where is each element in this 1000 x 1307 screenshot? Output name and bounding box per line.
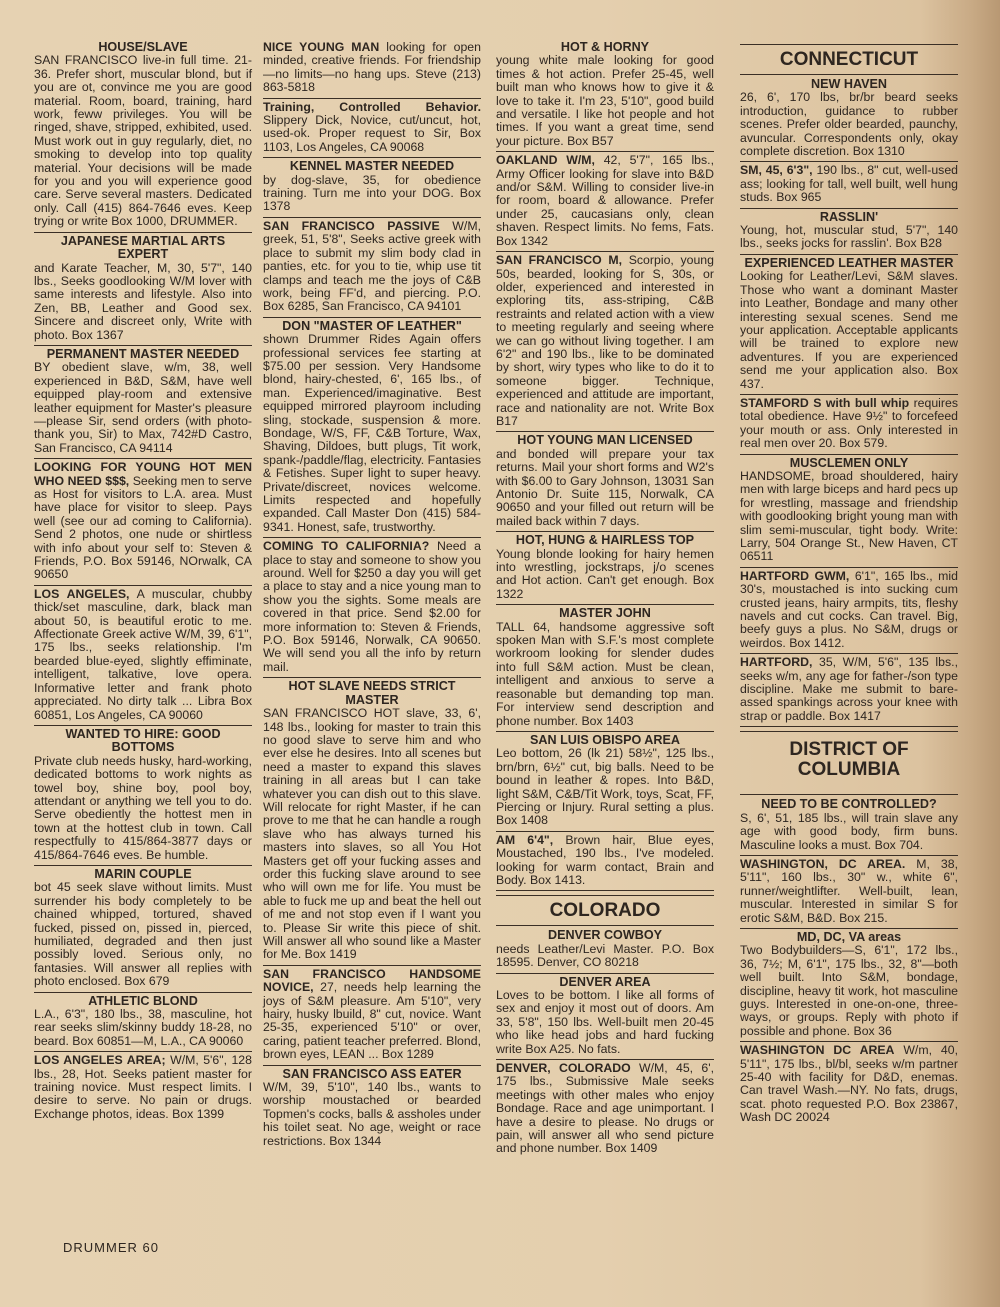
ad-title: ATHLETIC BLOND: [34, 995, 252, 1008]
classified-ad: RASSLIN'Young, hot, muscular stud, 5'7",…: [740, 210, 958, 255]
classified-ad: AM 6'4", Brown hair, Blue eyes, Moustach…: [496, 833, 714, 892]
ad-title: SAN LUIS OBISPO AREA: [496, 734, 714, 747]
ad-text: SAN FRANCISCO live-in full time. 21-36. …: [34, 53, 252, 228]
classified-ad: DENVER, COLORADO W/M, 45, 6', 175 lbs., …: [496, 1061, 714, 1159]
ad-lead: AM 6'4",: [496, 833, 553, 847]
ad-body: Need a place to stay and someone to show…: [263, 539, 481, 674]
ad-text: SAN FRANCISCO HOT slave, 33, 6', 148 lbs…: [263, 706, 481, 961]
ad-body: SAN FRANCISCO live-in full time. 21-36. …: [34, 53, 252, 228]
classified-ad: LOOKING FOR YOUNG HOT MEN WHO NEED $$$, …: [34, 460, 252, 586]
ad-text: NICE YOUNG MAN looking for open minded, …: [263, 40, 481, 94]
ad-lead: HARTFORD GWM,: [740, 569, 849, 583]
column-2: NICE YOUNG MAN looking for open minded, …: [263, 40, 481, 1152]
ad-body: A muscular, chubby thick/set masculine, …: [34, 587, 252, 722]
classified-ad: MARIN COUPLEbot 45 seek slave without li…: [34, 867, 252, 993]
ad-body: Loves to be bottom. I like all forms of …: [496, 988, 714, 1056]
ad-text: SAN FRANCISCO M, Scorpio, young 50s, bea…: [496, 253, 714, 428]
page-footer: DRUMMER 60: [63, 1240, 159, 1255]
ad-title: MD, DC, VA areas: [740, 931, 958, 944]
ad-body: 42, 5'7", 165 lbs., Army Officer looking…: [496, 153, 714, 247]
ad-body: and bonded will prepare your tax returns…: [496, 447, 714, 528]
ad-text: LOS ANGELES AREA; W/M, 5'6", 128 lbs., 2…: [34, 1053, 252, 1121]
magazine-page: HOUSE/SLAVESAN FRANCISCO live-in full ti…: [0, 0, 1000, 1307]
ad-body: by dog-slave, 35, for obedience training…: [263, 173, 481, 214]
classified-ad: SAN FRANCISCO ASS EATERW/M, 39, 5'10", 1…: [263, 1067, 481, 1151]
ad-body: S, 6', 51, 185 lbs., will train slave an…: [740, 811, 958, 852]
ad-title: HOT, HUNG & HAIRLESS TOP: [496, 534, 714, 547]
ad-lead: SM, 45, 6'3",: [740, 163, 813, 177]
ad-text: bot 45 seek slave without limits. Must s…: [34, 880, 252, 988]
ad-text: LOS ANGELES, A muscular, chubby thick/se…: [34, 587, 252, 722]
classified-ad: Training, Controlled Behavior. Slippery …: [263, 100, 481, 159]
ad-lead: LOS ANGELES,: [34, 587, 129, 601]
ad-text: SM, 45, 6'3", 190 lbs., 8" cut, well-use…: [740, 163, 958, 204]
ad-text: LOOKING FOR YOUNG HOT MEN WHO NEED $$$, …: [34, 460, 252, 581]
classified-ad: COMING TO CALIFORNIA? Need a place to st…: [263, 539, 481, 678]
classified-ad: MASTER JOHNTALL 64, handsome aggressive …: [496, 606, 714, 732]
ad-lead: LOS ANGELES AREA;: [34, 1053, 166, 1067]
ad-text: S, 6', 51, 185 lbs., will train slave an…: [740, 811, 958, 852]
ad-lead: WASHINGTON DC AREA: [740, 1043, 894, 1057]
ad-lead: OAKLAND W/M,: [496, 153, 595, 167]
classified-ad: MD, DC, VA areasTwo Bodybuilders—S, 6'1"…: [740, 930, 958, 1042]
ad-body: shown Drummer Rides Again offers profess…: [263, 332, 481, 534]
ad-title: DENVER COWBOY: [496, 929, 714, 942]
ad-title: HOT SLAVE NEEDS STRICT MASTER: [263, 680, 481, 707]
classified-ad: WASHINGTON, DC AREA. M, 38, 5'11", 160 l…: [740, 857, 958, 929]
ad-lead: Training, Controlled Behavior.: [263, 100, 481, 114]
classified-ad: SAN FRANCISCO PASSIVE W/M, greek, 51, 5'…: [263, 219, 481, 318]
ad-body: TALL 64, handsome aggressive soft spoken…: [496, 620, 714, 728]
ad-title: PERMANENT MASTER NEEDED: [34, 348, 252, 361]
classified-ad: HARTFORD GWM, 6'1", 165 lbs., mid 30's, …: [740, 569, 958, 654]
ad-lead: COMING TO CALIFORNIA?: [263, 539, 429, 553]
ad-text: by dog-slave, 35, for obedience training…: [263, 173, 481, 214]
ad-text: 26, 6', 170 lbs, br/br beard seeks intro…: [740, 90, 958, 158]
ad-lead: SAN FRANCISCO M,: [496, 253, 622, 267]
classified-ad: ATHLETIC BLONDL.A., 6'3", 180 lbs., 38, …: [34, 994, 252, 1053]
ad-text: DENVER, COLORADO W/M, 45, 6', 175 lbs., …: [496, 1061, 714, 1155]
classified-ad: KENNEL MASTER NEEDEDby dog-slave, 35, fo…: [263, 159, 481, 218]
classified-ad: HOUSE/SLAVESAN FRANCISCO live-in full ti…: [34, 40, 252, 233]
ad-lead: SAN FRANCISCO PASSIVE: [263, 219, 440, 233]
ad-text: HARTFORD, 35, W/M, 5'6", 135 lbs., seeks…: [740, 655, 958, 723]
ad-text: W/M, 39, 5'10", 140 lbs., wants to worsh…: [263, 1080, 481, 1148]
ad-title: WANTED TO HIRE: GOOD BOTTOMS: [34, 728, 252, 755]
ad-lead: STAMFORD S with bull whip: [740, 396, 909, 410]
classified-ad: HOT & HORNYyoung white male looking for …: [496, 40, 714, 152]
classified-ad: DON "MASTER OF LEATHER"shown Drummer Rid…: [263, 319, 481, 539]
ad-lead: DENVER, COLORADO: [496, 1061, 631, 1075]
ad-text: HANDSOME, broad shouldered, hairy men wi…: [740, 469, 958, 563]
ad-title: HOT & HORNY: [496, 41, 714, 54]
ad-text: Loves to be bottom. I like all forms of …: [496, 988, 714, 1056]
ad-text: Training, Controlled Behavior. Slippery …: [263, 100, 481, 154]
ad-text: L.A., 6'3", 180 lbs., 38, masculine, hot…: [34, 1007, 252, 1048]
ad-title: DENVER AREA: [496, 976, 714, 989]
ad-text: BY obedient slave, w/m, 38, well experie…: [34, 360, 252, 454]
ad-body: needs Leather/Levi Master. P.O. Box 1859…: [496, 942, 714, 969]
classified-ad: NEED TO BE CONTROLLED?S, 6', 51, 185 lbs…: [740, 797, 958, 856]
ad-body: W/M, 39, 5'10", 140 lbs., wants to worsh…: [263, 1080, 481, 1148]
ad-title: HOT YOUNG MAN LICENSED: [496, 434, 714, 447]
classified-ad: HOT, HUNG & HAIRLESS TOPYoung blonde loo…: [496, 533, 714, 605]
classified-ad: SAN LUIS OBISPO AREALeo bottom, 26 (lk 2…: [496, 733, 714, 832]
ad-text: WASHINGTON DC AREA W/m, 40, 5'11", 175 l…: [740, 1043, 958, 1124]
classified-ad: SAN FRANCISCO M, Scorpio, young 50s, bea…: [496, 253, 714, 432]
classified-ad: SAN FRANCISCO HANDSOME NOVICE, 27, needs…: [263, 967, 481, 1066]
ad-title: JAPANESE MARTIAL ARTS EXPERT: [34, 235, 252, 262]
publication-name: DRUMMER: [63, 1240, 138, 1255]
ad-text: AM 6'4", Brown hair, Blue eyes, Moustach…: [496, 833, 714, 887]
ad-body: 26, 6', 170 lbs, br/br beard seeks intro…: [740, 90, 958, 158]
ad-body: W/M, 45, 6', 175 lbs., Submissive Male s…: [496, 1061, 714, 1155]
ad-text: needs Leather/Levi Master. P.O. Box 1859…: [496, 942, 714, 969]
section-heading-connecticut: CONNECTICUT: [740, 44, 958, 75]
classified-ad: WASHINGTON DC AREA W/m, 40, 5'11", 175 l…: [740, 1043, 958, 1127]
ad-lead: NICE YOUNG MAN: [263, 40, 379, 54]
classified-ad: PERMANENT MASTER NEEDEDBY obedient slave…: [34, 347, 252, 459]
classified-ad: DENVER AREALoves to be bottom. I like al…: [496, 975, 714, 1060]
classified-ad: OAKLAND W/M, 42, 5'7", 165 lbs., Army Of…: [496, 153, 714, 252]
ad-title: EXPERIENCED LEATHER MASTER: [740, 257, 958, 270]
classified-ad: MUSCLEMEN ONLYHANDSOME, broad shouldered…: [740, 456, 958, 568]
ad-title: MASTER JOHN: [496, 607, 714, 620]
ad-text: Private club needs husky, hard-working, …: [34, 754, 252, 862]
ad-text: HARTFORD GWM, 6'1", 165 lbs., mid 30's, …: [740, 569, 958, 650]
ad-text: Two Bodybuilders—S, 6'1", 172 lbs., 36, …: [740, 943, 958, 1037]
ad-body: W/M, greek, 51, 5'8", Seeks active greek…: [263, 219, 481, 313]
ad-body: Looking for Leather/Levi, S&M slaves. Th…: [740, 269, 958, 390]
ad-text: and bonded will prepare your tax returns…: [496, 447, 714, 528]
classified-ad: STAMFORD S with bull whip requires total…: [740, 396, 958, 455]
ad-title: SAN FRANCISCO ASS EATER: [263, 1068, 481, 1081]
classified-ad: LOS ANGELES, A muscular, chubby thick/se…: [34, 587, 252, 726]
ad-text: OAKLAND W/M, 42, 5'7", 165 lbs., Army Of…: [496, 153, 714, 247]
classified-ad: NICE YOUNG MAN looking for open minded, …: [263, 40, 481, 99]
page-number: 60: [143, 1240, 159, 1255]
section-heading-colorado: COLORADO: [496, 895, 714, 926]
ad-text: SAN FRANCISCO PASSIVE W/M, greek, 51, 5'…: [263, 219, 481, 313]
ad-text: Leo bottom, 26 (lk 21) 58½", 125 lbs., b…: [496, 746, 714, 827]
ad-text: SAN FRANCISCO HANDSOME NOVICE, 27, needs…: [263, 967, 481, 1061]
classified-ad: HOT YOUNG MAN LICENSEDand bonded will pr…: [496, 433, 714, 532]
ad-title: KENNEL MASTER NEEDED: [263, 160, 481, 173]
classified-ad: DENVER COWBOYneeds Leather/Levi Master. …: [496, 928, 714, 973]
ad-text: Young, hot, muscular stud, 5'7", 140 lbs…: [740, 223, 958, 250]
section-heading-district-of-columbia: DISTRICT OF COLUMBIA: [740, 731, 958, 795]
ad-body: Leo bottom, 26 (lk 21) 58½", 125 lbs., b…: [496, 746, 714, 827]
ad-text: and Karate Teacher, M, 30, 5'7", 140 lbs…: [34, 261, 252, 342]
ad-body: Slippery Dick, Novice, cut/uncut, hot, u…: [263, 113, 481, 154]
column-3: HOT & HORNYyoung white male looking for …: [496, 40, 714, 1160]
column-1: HOUSE/SLAVESAN FRANCISCO live-in full ti…: [34, 40, 252, 1125]
classified-ad: SM, 45, 6'3", 190 lbs., 8" cut, well-use…: [740, 163, 958, 208]
classified-ad: WANTED TO HIRE: GOOD BOTTOMSPrivate club…: [34, 727, 252, 866]
ad-body: SAN FRANCISCO HOT slave, 33, 6', 148 lbs…: [263, 706, 481, 961]
column-4: CONNECTICUTNEW HAVEN26, 6', 170 lbs, br/…: [740, 40, 958, 1129]
ad-lead: WASHINGTON, DC AREA.: [740, 857, 905, 871]
ad-text: young white male looking for good times …: [496, 53, 714, 147]
ad-body: Two Bodybuilders—S, 6'1", 172 lbs., 36, …: [740, 943, 958, 1037]
ad-body: Private club needs husky, hard-working, …: [34, 754, 252, 862]
ad-body: Seeking men to serve as Host for visitor…: [34, 474, 252, 582]
ad-body: bot 45 seek slave without limits. Must s…: [34, 880, 252, 988]
classified-ad: EXPERIENCED LEATHER MASTERLooking for Le…: [740, 256, 958, 395]
ad-body: HANDSOME, broad shouldered, hairy men wi…: [740, 469, 958, 563]
classified-ad: JAPANESE MARTIAL ARTS EXPERTand Karate T…: [34, 234, 252, 346]
ad-body: BY obedient slave, w/m, 38, well experie…: [34, 360, 252, 454]
classified-ad: HARTFORD, 35, W/M, 5'6", 135 lbs., seeks…: [740, 655, 958, 727]
ad-body: Young blonde looking for hairy hemen int…: [496, 547, 714, 601]
ad-body: L.A., 6'3", 180 lbs., 38, masculine, hot…: [34, 1007, 252, 1048]
ad-body: young white male looking for good times …: [496, 53, 714, 147]
ad-text: TALL 64, handsome aggressive soft spoken…: [496, 620, 714, 728]
ad-title: NEW HAVEN: [740, 78, 958, 91]
ad-title: DON "MASTER OF LEATHER": [263, 320, 481, 333]
ad-text: STAMFORD S with bull whip requires total…: [740, 396, 958, 450]
classified-ad: NEW HAVEN26, 6', 170 lbs, br/br beard se…: [740, 77, 958, 162]
ad-text: Young blonde looking for hairy hemen int…: [496, 547, 714, 601]
ad-title: NEED TO BE CONTROLLED?: [740, 798, 958, 811]
ad-text: WASHINGTON, DC AREA. M, 38, 5'11", 160 l…: [740, 857, 958, 925]
ad-body: Scorpio, young 50s, bearded, looking for…: [496, 253, 714, 428]
ad-text: Looking for Leather/Levi, S&M slaves. Th…: [740, 269, 958, 390]
ad-title: HOUSE/SLAVE: [34, 41, 252, 54]
ad-lead: HARTFORD,: [740, 655, 812, 669]
ad-body: Young, hot, muscular stud, 5'7", 140 lbs…: [740, 223, 958, 250]
ad-text: shown Drummer Rides Again offers profess…: [263, 332, 481, 534]
ad-title: MARIN COUPLE: [34, 868, 252, 881]
ad-text: COMING TO CALIFORNIA? Need a place to st…: [263, 539, 481, 674]
ad-body: and Karate Teacher, M, 30, 5'7", 140 lbs…: [34, 261, 252, 342]
ad-title: MUSCLEMEN ONLY: [740, 457, 958, 470]
ad-title: RASSLIN': [740, 211, 958, 224]
classified-ad: LOS ANGELES AREA; W/M, 5'6", 128 lbs., 2…: [34, 1053, 252, 1124]
classified-ad: HOT SLAVE NEEDS STRICT MASTERSAN FRANCIS…: [263, 679, 481, 966]
